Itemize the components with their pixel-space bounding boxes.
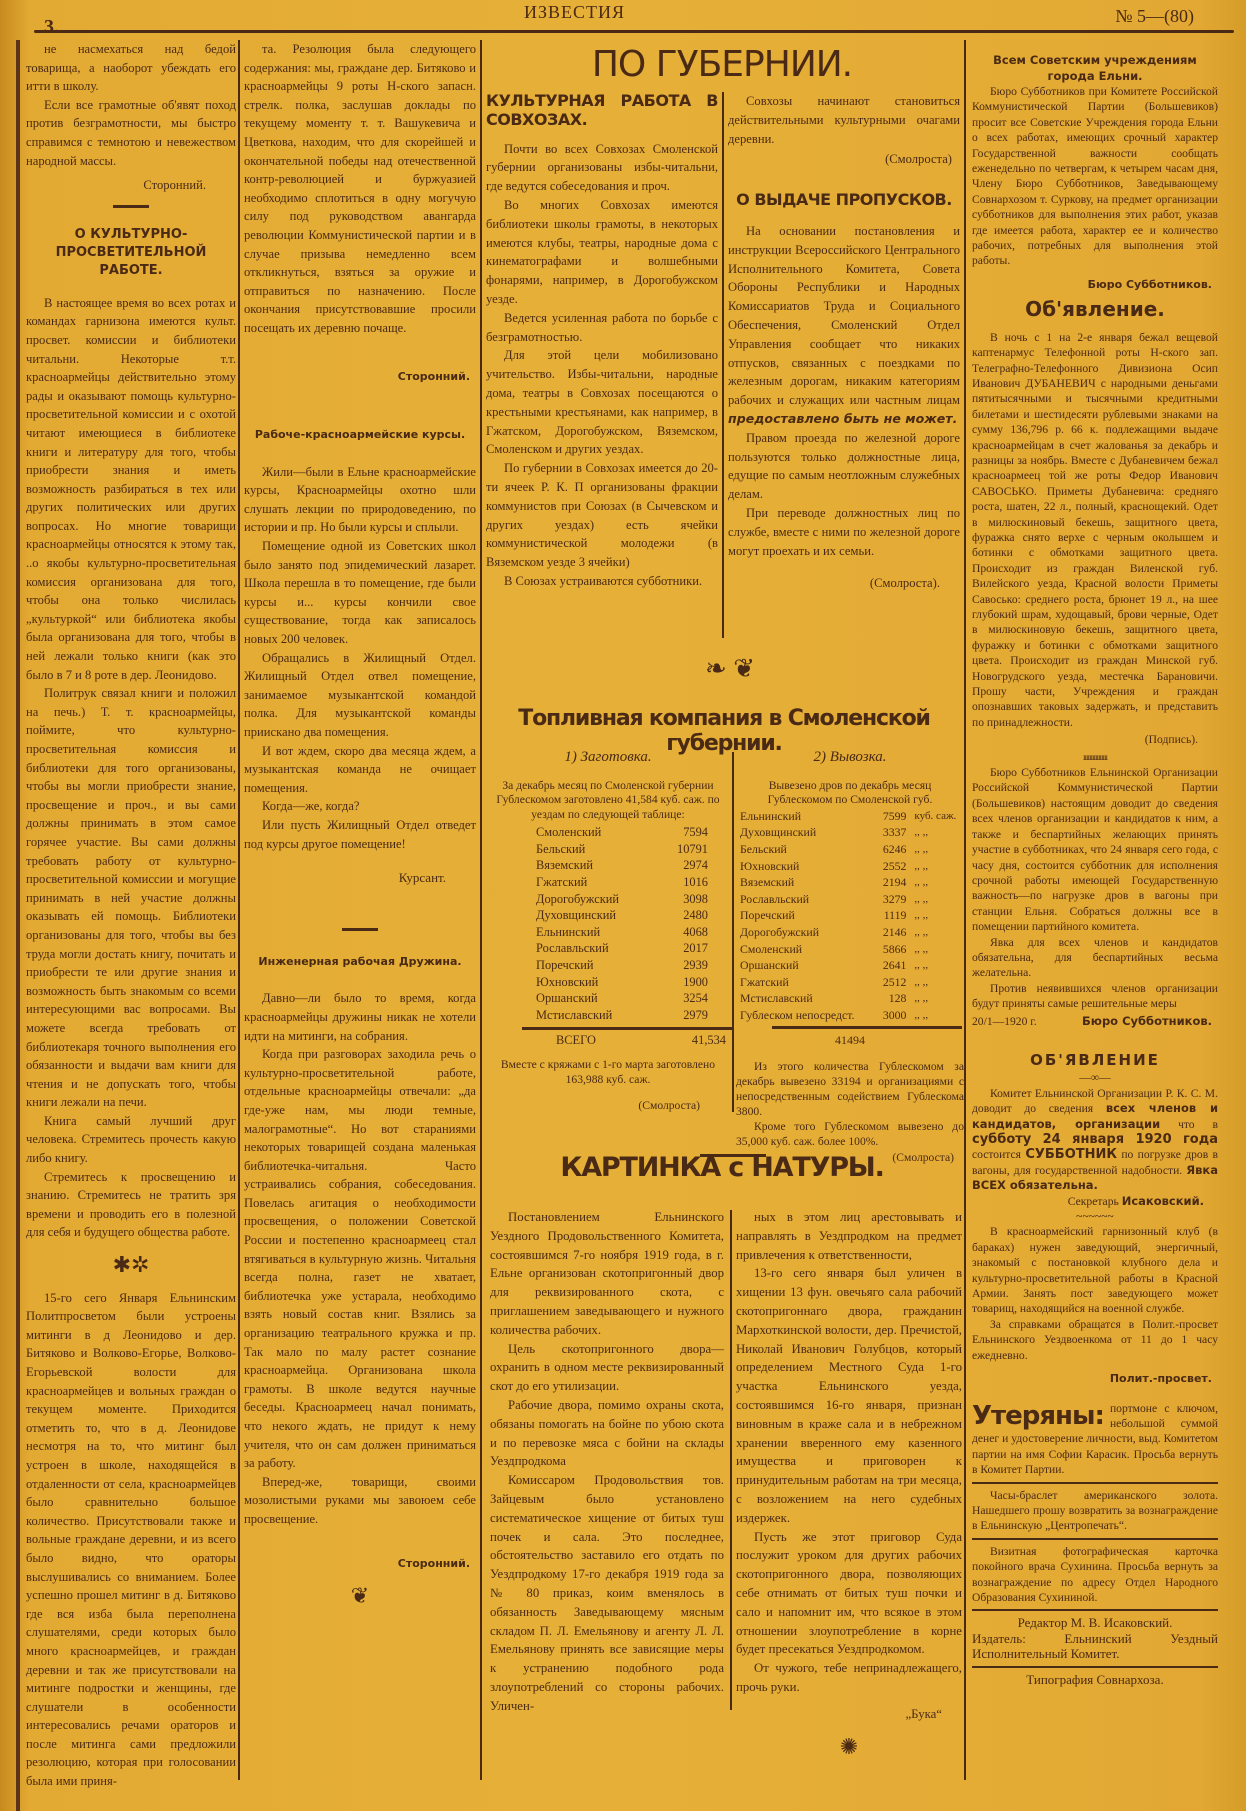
table-row: Духовщинский2480 — [532, 907, 712, 924]
paragraph: За справками обращатся в Полит.-просвет … — [972, 1317, 1218, 1363]
procurement-intro: За декабрь месяц по Смоленской губернии … — [486, 779, 730, 823]
hauling-footer: Из этого количества Гублескомом за декаб… — [736, 1059, 964, 1149]
paragraph: Когда при разговорах заходила речь о кул… — [244, 1045, 476, 1473]
signature: (Смолроста) — [736, 150, 952, 169]
paragraph: 15-го сего Января Ельнинским Политпросве… — [26, 1289, 236, 1791]
total-rule — [522, 1027, 732, 1030]
table-row: Поречский2939 — [532, 957, 712, 974]
signature: Сторонний. — [56, 176, 206, 195]
paragraph: Цель скотопригонного двора—охранить в од… — [490, 1340, 724, 1396]
column-1: не насмехаться над бедой товарища, а нао… — [26, 40, 236, 1791]
editor: Редактор М. В. Исаковский. — [972, 1615, 1218, 1630]
passes-title: О выдаче пропусков. — [728, 191, 960, 210]
paragraph: Бюро Субботников Ельнинской Организации … — [972, 765, 1218, 934]
binding-edge — [16, 40, 20, 1811]
hauling-heading: 2) Вывозка. — [736, 748, 964, 767]
column-divider — [732, 752, 734, 1112]
table-row: Юхновский2552,, ,, — [736, 858, 960, 875]
subbotnik-notice-text: Бюро Субботников при Комитете Российской… — [972, 84, 1218, 269]
club-notice-body: В красноармейский гарнизонный клуб (в ба… — [972, 1224, 1218, 1363]
separator — [342, 928, 378, 931]
signature: Полит.-просвет. — [972, 1371, 1212, 1386]
column-divider — [480, 40, 482, 1780]
table-row: Ельнинский7599куб. саж. — [736, 808, 960, 825]
section-title: ПО ГУБЕРНИИ. — [484, 44, 960, 85]
notice-date: 20/1—1920 г. — [972, 1014, 1037, 1029]
table-row: Дорогобужский2146,, ,, — [736, 924, 960, 941]
paragraph: Книга самый лучший друг человека. Стреми… — [26, 1112, 236, 1168]
separator — [113, 205, 149, 208]
paragraph: не насмехаться над бедой товарища, а нао… — [26, 40, 236, 96]
table-row: Гжатский1016 — [532, 874, 712, 891]
newspaper-title: ИЗВЕСТИЯ — [524, 2, 625, 23]
table-row: Вяземский2194,, ,, — [736, 874, 960, 891]
paragraph: Явка для всех членов и кандидатов обязат… — [972, 935, 1218, 981]
paragraph: В настоящее время во всех ротах и команд… — [26, 294, 236, 684]
wanted-notice-text: В ночь с 1 на 2-е января бежал вещевой к… — [972, 330, 1218, 731]
column-5: Всем Советским учреждениям города Ельни.… — [972, 40, 1218, 1687]
paragraph: И вот ждем, скоро два месяца ждем, а муз… — [244, 742, 476, 798]
table-row: Смоленский7594 — [532, 824, 712, 841]
signature: (Смолроста) — [516, 1097, 700, 1116]
masthead: 3. ИЗВЕСТИЯ № 5—(80) — [24, 0, 1234, 40]
rksm-notice-text: Комитет Ельнинской Организации Р. К. С. … — [972, 1086, 1218, 1194]
secretary-line: Секретарь Исаковский. — [972, 1194, 1204, 1209]
signature: (Смолроста). — [748, 574, 940, 593]
hauling-total: 41494 — [736, 1031, 964, 1050]
paragraph: В красноармейский гарнизонный клуб (в ба… — [972, 1224, 1218, 1316]
paragraph: Рабочие двора, помимо охраны скота, обяз… — [490, 1396, 724, 1471]
resolution-text: та. Резолюция была следующего содержания… — [244, 40, 476, 338]
wanted-notice-title: Об'явление. — [972, 302, 1218, 317]
printer: Типография Совнархоза. — [972, 1672, 1218, 1687]
column-divider — [722, 92, 724, 638]
watch-notice: Часы-браслет американского золота. Нашед… — [972, 1488, 1218, 1534]
paragraph: Когда—же, когда? — [244, 797, 476, 816]
lost-title: Утеряны: — [972, 1401, 1104, 1431]
card-notice: Визитная фотографическая карточка покойн… — [972, 1544, 1218, 1606]
paragraph: Вперед-же, товарищи, своими мозолистыми … — [244, 1473, 476, 1529]
paragraph: В Союзах устраиваются субботники. — [486, 572, 718, 591]
paragraph: Стремитесь к просвещению и знанию. Стрем… — [26, 1168, 236, 1242]
paragraph: Или пусть Жилищный Отдел отведет под кур… — [244, 816, 476, 853]
issue-number: № 5—(80) — [1115, 6, 1194, 27]
sunburst-ornament-icon: ✺ — [736, 1738, 962, 1757]
paragraph: Совхозы начинают становиться действитель… — [728, 92, 960, 148]
bureau-notice-body: Бюро Субботников Ельнинской Организации … — [972, 765, 1218, 1012]
paragraph: Ведется усиленная работа по борьбе с без… — [486, 309, 718, 347]
hauling-intro: Вывезено дров по декабрь месяц Гублеском… — [736, 779, 964, 808]
signature: Курсант. — [274, 869, 446, 888]
publisher: Издатель: Ельнинский Уездный Исполнитель… — [972, 1631, 1218, 1662]
paragraph: 13-го сего января был уличен в хищении 1… — [736, 1264, 962, 1527]
fuel-hauling: 2) Вывозка. Вывезено дров по декабрь мес… — [736, 748, 964, 1168]
total-rule — [772, 1026, 962, 1029]
table-row: Поречский1119,, ,, — [736, 907, 960, 924]
star-ornament-icon: ✱✲ — [26, 1256, 236, 1275]
table-row: Мстиславский2979 — [532, 1007, 712, 1024]
rksm-notice-title: ОБ'ЯВЛЕНИЕ — [972, 1053, 1218, 1068]
newspaper-page: 3. ИЗВЕСТИЯ № 5—(80) не насмехаться над … — [0, 0, 1246, 1811]
culture-article-body: В настоящее время во всех ротах и команд… — [26, 294, 236, 1242]
divider-ornament: —∞— — [972, 1070, 1218, 1085]
paragraph: Давно—ли было то время, когда красноарме… — [244, 989, 476, 1045]
paragraph: Против неявившихся членов организации бу… — [972, 981, 1218, 1012]
paragraph: На основании постановления и инструкции … — [728, 222, 960, 429]
column-2: та. Резолюция была следующего содержания… — [244, 40, 476, 1620]
paragraph: По губернии в Совхозах имеется до 20-ти … — [486, 459, 718, 572]
hauling-table: Ельнинский7599куб. саж.Духовщинский3337,… — [736, 808, 960, 1024]
signature: (Подпись). — [992, 732, 1198, 747]
paragraph: От чужого, тебе непринадлежащего, прочь … — [736, 1659, 962, 1697]
paragraph: Пусть же этот приговор Суда послужит уро… — [736, 1528, 962, 1660]
courses-article-body: Жили—были в Ельне красноармейские курсы,… — [244, 463, 476, 853]
paragraph: При переводе должностных лиц по службе, … — [728, 504, 960, 560]
table-row: Оршанский2641,, ,, — [736, 957, 960, 974]
table-row: Рославльский3279,, ,, — [736, 891, 960, 908]
paragraph: Политрук связал книги и положил на печь.… — [26, 684, 236, 1112]
procurement-footer: Вместе с кряжами с 1-го марта заготовлен… — [486, 1057, 730, 1087]
wheat-ornament-icon: ❦ — [244, 1587, 476, 1606]
table-row: Смоленский5866,, ,, — [736, 941, 960, 958]
paragraph: та. Резолюция была следующего содержания… — [244, 40, 476, 338]
masthead-rule — [34, 30, 1234, 33]
signature: Бюро Субботников. — [972, 277, 1212, 292]
paragraph: Комиссаром Продовольствия тов. Зайцевым … — [490, 1471, 724, 1715]
druzhina-article-body: Давно—ли было то время, когда красноарме… — [244, 989, 476, 1528]
procurement-heading: 1) Заготовка. — [486, 748, 730, 767]
paragraph: Из этого количества Гублескомом за декаб… — [736, 1059, 964, 1119]
paragraph: Правом проезда по железной дороге пользу… — [728, 429, 960, 504]
table-row: Вяземский2974 — [532, 857, 712, 874]
table-row: Ельнинский4068 — [532, 924, 712, 941]
kartinka-right: ных в этом лиц арестовывать и направлять… — [736, 1208, 962, 1770]
subbotnik-notice-title: Всем Советским учреждениям города Ельни. — [972, 52, 1218, 84]
passes-article-body: На основании постановления и инструкции … — [728, 222, 960, 560]
emphasis: предоставлено быть не может. — [728, 411, 957, 426]
kartinka-left: Постановлением Ельнинского Уездного Прод… — [490, 1208, 724, 1716]
divider-ornament: ~~~~~~ — [972, 1209, 1218, 1224]
table-row: Бельский6246,, ,, — [736, 841, 960, 858]
paragraph: ных в этом лиц арестовывать и направлять… — [736, 1208, 962, 1264]
paragraph: Жили—были в Ельне красноармейские курсы,… — [244, 463, 476, 537]
signature: Сторонний. — [244, 1555, 470, 1574]
signature: „Бука“ — [756, 1705, 942, 1724]
column-divider — [730, 1210, 732, 1710]
procurement-table: Смоленский7594Бельский10791Вяземский2974… — [532, 824, 712, 1023]
paragraph: Постановлением Ельнинского Уездного Прод… — [490, 1208, 724, 1340]
table-row: Юхновский1900 — [532, 974, 712, 991]
signature: Бюро Субботников. — [1082, 1014, 1212, 1029]
signature: Сторонний. — [244, 368, 470, 387]
meeting-article-body: 15-го сего Января Ельнинским Политпросве… — [26, 1289, 236, 1791]
page-number: 3. — [44, 16, 59, 39]
paragraph: Помещение одной из Советских школ было з… — [244, 537, 476, 649]
scroll-ornament-icon: ❧ ❦ — [630, 654, 830, 684]
column-divider — [238, 40, 240, 1780]
table-row: Гублеском непосредст.3000,, ,, — [736, 1007, 960, 1024]
intro-article: не насмехаться над бедой товарища, а нао… — [26, 40, 236, 170]
table-row: Гжатский2512,, ,, — [736, 974, 960, 991]
courses-title: Рабоче-красноармейские курсы. — [244, 426, 476, 445]
table-row: Рославльский2017 — [532, 940, 712, 957]
paragraph: Если все грамотные об'явят поход против … — [26, 96, 236, 170]
fuel-procurement: 1) Заготовка. За декабрь месяц по Смолен… — [486, 748, 730, 1122]
table-row: Бельский10791 — [532, 841, 712, 858]
sovkhoz-title: Культурная работа в совхозах. — [486, 92, 718, 130]
sovkhoz-continued: Совхозы начинают становиться действитель… — [728, 92, 960, 607]
divider-ornament: ıııııııııııııııı — [972, 750, 1218, 765]
table-row: Мстиславский128,, ,, — [736, 990, 960, 1007]
lost-notice: Утеряны: портмоне с ключом, небольшой су… — [972, 1401, 1218, 1478]
druzhina-title: Инженерная рабочая Дружина. — [244, 953, 476, 972]
paragraph: Почти во всех Совхозах Смоленской губерн… — [486, 140, 718, 196]
paragraph: Во многих Совхозах имеются библиотеки шк… — [486, 196, 718, 309]
kartinka-title: КАРТИНКА с НАТУРЫ. — [484, 1152, 960, 1183]
table-row: Оршанский3254 — [532, 990, 712, 1007]
sovkhoz-article: Культурная работа в совхозах. Почти во в… — [486, 92, 718, 591]
paragraph: Обращались в Жилищный Отдел. Жилищный От… — [244, 649, 476, 742]
procurement-total: ВСЕГО 41,534 — [552, 1032, 730, 1049]
paragraph: Кроме того Гублескомом вывезено до 35,00… — [736, 1119, 964, 1149]
article-title: О культурно-просветительной работе. — [26, 226, 236, 280]
column-divider — [964, 40, 966, 1780]
table-row: Дорогобужский3098 — [532, 891, 712, 908]
paragraph: Для этой цели мобилизовано учительство. … — [486, 346, 718, 459]
table-row: Духовщинский3337,, ,, — [736, 824, 960, 841]
